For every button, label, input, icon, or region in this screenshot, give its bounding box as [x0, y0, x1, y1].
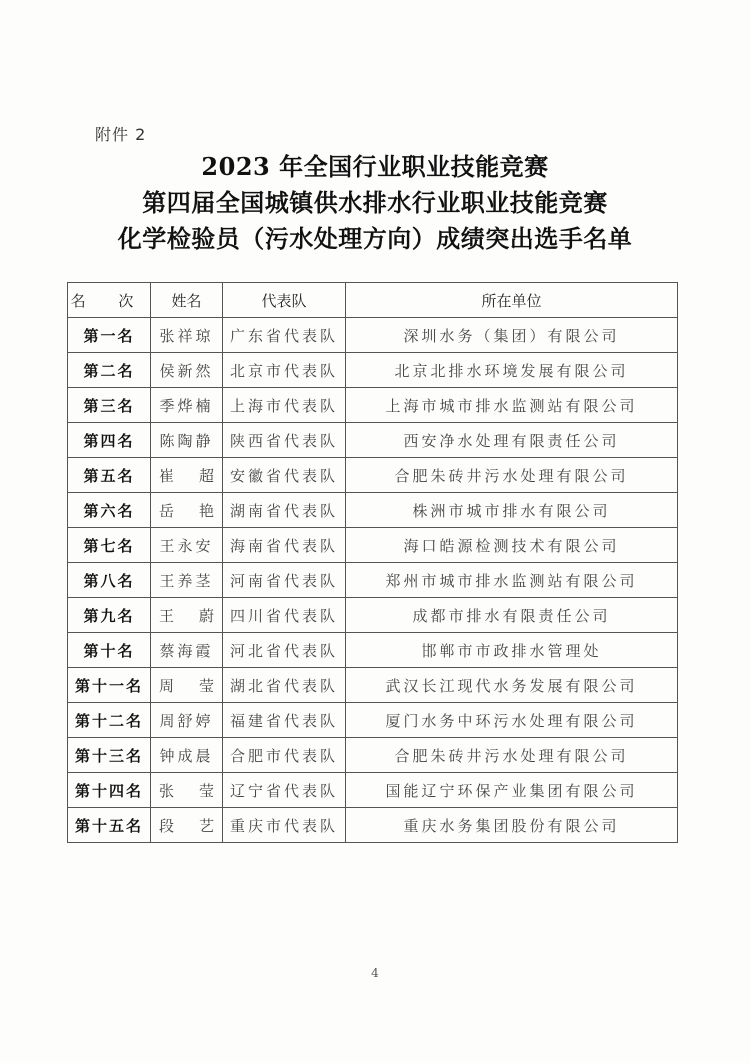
name-cell: 王养茎: [151, 563, 223, 598]
name-cell: 钟成晨: [151, 738, 223, 773]
rank-cell: 第十五名: [68, 808, 151, 843]
table-row: 第五名崔 超安徽省代表队合肥朱砖井污水处理有限公司: [68, 458, 678, 493]
rank-cell: 第五名: [68, 458, 151, 493]
team-cell: 海南省代表队: [223, 528, 346, 563]
title-line-2: 第四届全国城镇供水排水行业职业技能竞赛: [0, 183, 750, 218]
table-row: 第十名蔡海霞河北省代表队邯郸市市政排水管理处: [68, 633, 678, 668]
results-table: 名 次 姓名 代表队 所在单位 第一名张祥琼广东省代表队深圳水务（集团）有限公司…: [67, 282, 678, 843]
name-cell: 王永安: [151, 528, 223, 563]
name-cell: 侯新然: [151, 353, 223, 388]
team-cell: 陕西省代表队: [223, 423, 346, 458]
team-cell: 合肥市代表队: [223, 738, 346, 773]
team-cell: 辽宁省代表队: [223, 773, 346, 808]
table-row: 第十五名段 艺重庆市代表队重庆水务集团股份有限公司: [68, 808, 678, 843]
team-cell: 四川省代表队: [223, 598, 346, 633]
attachment-label: 附件 2: [95, 122, 146, 145]
team-cell: 福建省代表队: [223, 703, 346, 738]
rank-cell: 第九名: [68, 598, 151, 633]
team-cell: 河北省代表队: [223, 633, 346, 668]
team-cell: 安徽省代表队: [223, 458, 346, 493]
name-cell: 张祥琼: [151, 318, 223, 353]
unit-cell: 海口皓源检测技术有限公司: [346, 528, 678, 563]
unit-cell: 合肥朱砖井污水处理有限公司: [346, 738, 678, 773]
table-row: 第四名陈陶静陕西省代表队西安净水处理有限责任公司: [68, 423, 678, 458]
unit-cell: 株洲市城市排水有限公司: [346, 493, 678, 528]
unit-cell: 武汉长江现代水务发展有限公司: [346, 668, 678, 703]
table-row: 第十一名周 莹湖北省代表队武汉长江现代水务发展有限公司: [68, 668, 678, 703]
unit-cell: 成都市排水有限责任公司: [346, 598, 678, 633]
name-cell: 岳 艳: [151, 493, 223, 528]
table-row: 第三名季烨楠上海市代表队上海市城市排水监测站有限公司: [68, 388, 678, 423]
header-team: 代表队: [223, 283, 346, 318]
rank-cell: 第十一名: [68, 668, 151, 703]
title-line-1: 2023 年全国行业职业技能竞赛: [0, 147, 750, 182]
unit-cell: 西安净水处理有限责任公司: [346, 423, 678, 458]
rank-cell: 第二名: [68, 353, 151, 388]
rank-cell: 第八名: [68, 563, 151, 598]
name-cell: 王 蔚: [151, 598, 223, 633]
unit-cell: 上海市城市排水监测站有限公司: [346, 388, 678, 423]
rank-cell: 第三名: [68, 388, 151, 423]
rank-cell: 第十二名: [68, 703, 151, 738]
unit-cell: 邯郸市市政排水管理处: [346, 633, 678, 668]
rank-cell: 第四名: [68, 423, 151, 458]
unit-cell: 北京北排水环境发展有限公司: [346, 353, 678, 388]
unit-cell: 国能辽宁环保产业集团有限公司: [346, 773, 678, 808]
table-row: 第一名张祥琼广东省代表队深圳水务（集团）有限公司: [68, 318, 678, 353]
rank-cell: 第十三名: [68, 738, 151, 773]
header-rank: 名 次: [68, 283, 151, 318]
rank-cell: 第一名: [68, 318, 151, 353]
unit-cell: 深圳水务（集团）有限公司: [346, 318, 678, 353]
name-cell: 陈陶静: [151, 423, 223, 458]
rank-cell: 第十四名: [68, 773, 151, 808]
unit-cell: 重庆水务集团股份有限公司: [346, 808, 678, 843]
unit-cell: 郑州市城市排水监测站有限公司: [346, 563, 678, 598]
name-cell: 周 莹: [151, 668, 223, 703]
page-number: 4: [0, 966, 750, 980]
table-row: 第八名王养茎河南省代表队郑州市城市排水监测站有限公司: [68, 563, 678, 598]
team-cell: 湖北省代表队: [223, 668, 346, 703]
table-row: 第二名侯新然北京市代表队北京北排水环境发展有限公司: [68, 353, 678, 388]
table-row: 第十四名张 莹辽宁省代表队国能辽宁环保产业集团有限公司: [68, 773, 678, 808]
header-unit: 所在单位: [346, 283, 678, 318]
team-cell: 北京市代表队: [223, 353, 346, 388]
team-cell: 广东省代表队: [223, 318, 346, 353]
team-cell: 上海市代表队: [223, 388, 346, 423]
table-row: 第七名王永安海南省代表队海口皓源检测技术有限公司: [68, 528, 678, 563]
team-cell: 湖南省代表队: [223, 493, 346, 528]
table-row: 第九名王 蔚四川省代表队成都市排水有限责任公司: [68, 598, 678, 633]
table-row: 第六名岳 艳湖南省代表队株洲市城市排水有限公司: [68, 493, 678, 528]
team-cell: 河南省代表队: [223, 563, 346, 598]
rank-cell: 第六名: [68, 493, 151, 528]
name-cell: 段 艺: [151, 808, 223, 843]
table-row: 第十二名周舒婷福建省代表队厦门水务中环污水处理有限公司: [68, 703, 678, 738]
table-header-row: 名 次 姓名 代表队 所在单位: [68, 283, 678, 318]
rank-cell: 第十名: [68, 633, 151, 668]
unit-cell: 合肥朱砖井污水处理有限公司: [346, 458, 678, 493]
header-name: 姓名: [151, 283, 223, 318]
name-cell: 崔 超: [151, 458, 223, 493]
name-cell: 张 莹: [151, 773, 223, 808]
unit-cell: 厦门水务中环污水处理有限公司: [346, 703, 678, 738]
team-cell: 重庆市代表队: [223, 808, 346, 843]
name-cell: 蔡海霞: [151, 633, 223, 668]
name-cell: 季烨楠: [151, 388, 223, 423]
table-row: 第十三名钟成晨合肥市代表队合肥朱砖井污水处理有限公司: [68, 738, 678, 773]
title-line-3: 化学检验员（污水处理方向）成绩突出选手名单: [0, 219, 750, 254]
name-cell: 周舒婷: [151, 703, 223, 738]
rank-cell: 第七名: [68, 528, 151, 563]
table-body: 第一名张祥琼广东省代表队深圳水务（集团）有限公司第二名侯新然北京市代表队北京北排…: [68, 318, 678, 843]
